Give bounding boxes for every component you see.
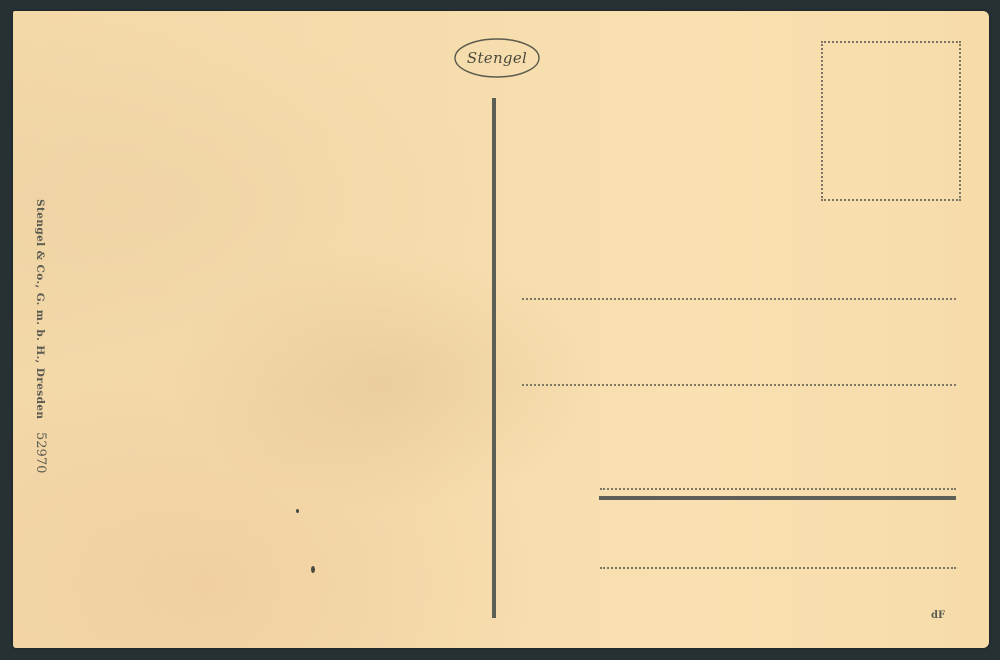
postcard-back: Stengel Stengel & Co., G. m. b. H., Dres…	[13, 11, 989, 648]
address-line-2	[522, 384, 956, 386]
ink-speck	[296, 509, 299, 513]
publisher-line: Stengel & Co., G. m. b. H., Dresden	[34, 199, 46, 419]
address-line-1	[522, 298, 956, 300]
corner-mark: dF	[931, 610, 945, 621]
publisher-imprint: Stengel & Co., G. m. b. H., Dresden 5297…	[33, 199, 48, 473]
catalog-number: 52970	[33, 432, 48, 473]
address-line-3	[600, 488, 956, 490]
stengel-logo: Stengel	[453, 36, 541, 80]
center-divider	[492, 98, 496, 618]
address-line-4	[600, 567, 956, 569]
stamp-box	[821, 41, 961, 201]
logo-text: Stengel	[453, 36, 541, 80]
address-line-solid	[599, 496, 956, 500]
ink-speck	[311, 566, 315, 573]
